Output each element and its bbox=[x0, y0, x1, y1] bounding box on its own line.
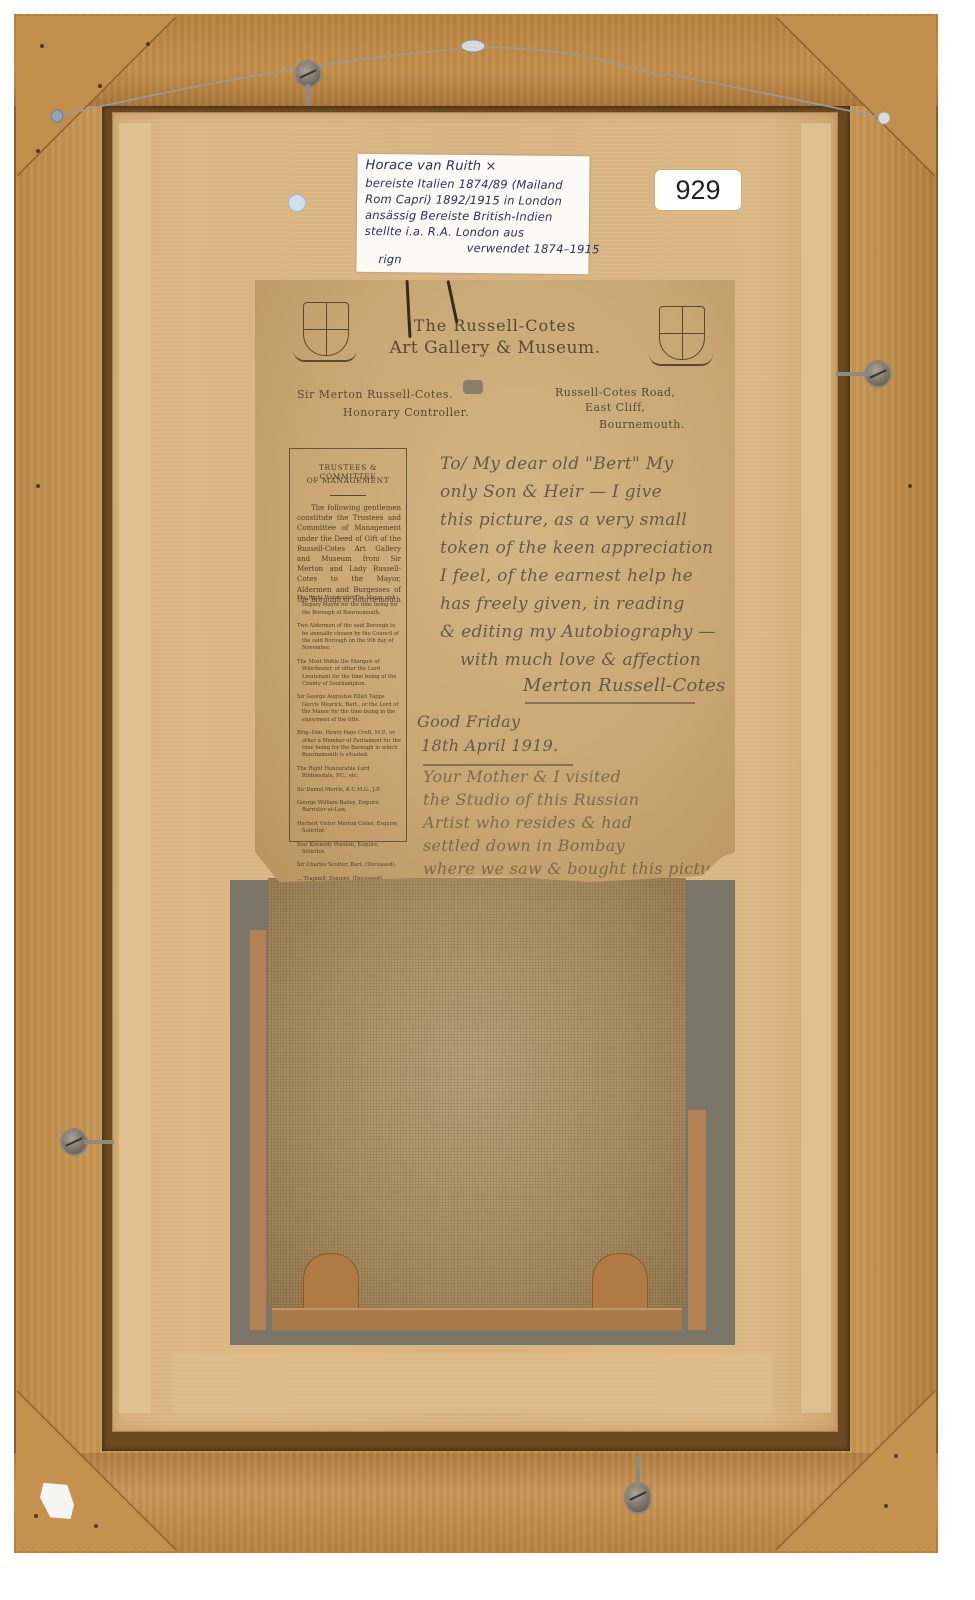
hanging-wire bbox=[0, 0, 975, 1600]
turn-button-clip bbox=[626, 1484, 650, 1512]
clip-rod bbox=[836, 372, 870, 376]
screw-eye-hanger bbox=[296, 62, 320, 86]
hanger-rod bbox=[306, 84, 310, 106]
turn-button-clip bbox=[62, 1130, 86, 1154]
clip-rod bbox=[636, 1456, 640, 1486]
clip-rod bbox=[84, 1140, 114, 1144]
